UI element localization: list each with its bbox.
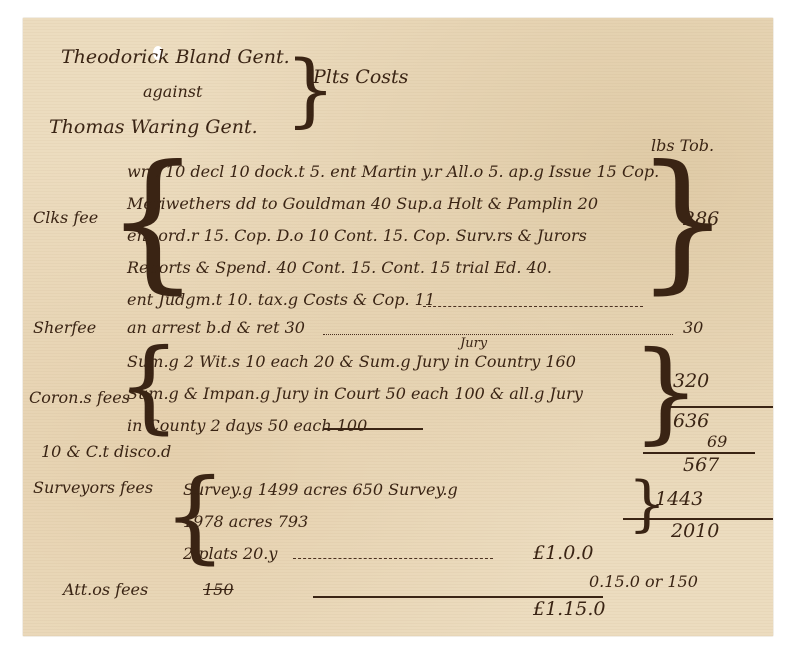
clerks-fee-line-4: Reports & Spend. 40 Cont. 15. Cont. 15 t… (127, 258, 552, 277)
coroner-fee-total: 320 (673, 370, 709, 392)
attorney-fees-label: Att.os fees (63, 580, 148, 599)
surveyor-fee-total: 1443 (655, 488, 703, 510)
money-total: £1.15.0 (533, 598, 606, 620)
subtotal-rule (663, 406, 773, 408)
dash-leader (423, 306, 643, 307)
interlinear-jury: Jury (460, 336, 487, 351)
attorney-fees-struck-value: 150 (203, 580, 234, 599)
coroner-fee-line-3: in County 2 days 50 each 100 (127, 416, 367, 435)
surveyor-fee-label: Surveyors fees (33, 478, 153, 497)
document-paper: Theodorick Bland Gent. against Thomas Wa… (23, 18, 773, 636)
subtotal-net: 567 (683, 454, 719, 476)
clerks-fee-line-2: Meriwethers dd to Gouldman 40 Sup.a Holt… (127, 194, 598, 213)
coroner-fee-line-1: Sum.g 2 Wit.s 10 each 20 & Sum.g Jury in… (127, 352, 576, 371)
clerks-fee-line-5: ent Judgm.t 10. tax.g Costs & Cop. 11 (127, 290, 435, 309)
grand-total-tobacco: 2010 (671, 520, 719, 542)
discount-note: 10 & C.t disco.d (41, 442, 171, 461)
money-amount-1: £1.0.0 (533, 542, 593, 564)
clerks-fee-label: Clks fee (33, 208, 98, 227)
clerks-fee-line-3: ent ord.r 15. Cop. D.o 10 Cont. 15. Cop.… (127, 226, 587, 245)
sheriff-fee-label: Sherfee (33, 318, 96, 337)
surveyor-fee-line-3: 2 plats 20.y (183, 544, 277, 563)
versus-word: against (143, 82, 202, 101)
money-amount-2: 0.15.0 or 150 (589, 572, 698, 591)
surveyor-fee-line-1: Survey.g 1499 acres 650 Survey.g (183, 480, 458, 499)
surveyor-fee-line-2: 1978 acres 793 (183, 512, 308, 531)
dot-leader (323, 334, 673, 335)
dash-leader-2 (293, 558, 493, 559)
caption-brace: } (285, 50, 336, 130)
subtotal-sum: 636 (673, 410, 709, 432)
coroner-fee-line-2: Sum.g & Impan.g Jury in Court 50 each 10… (127, 384, 583, 403)
ink-rule (323, 428, 423, 430)
coroner-fee-label: Coron.s fees (29, 388, 130, 407)
plaintiff-name: Theodorick Bland Gent. (61, 46, 290, 68)
subtotal-deduction: 69 (707, 432, 727, 451)
clerks-fee-line-1: writ 10 decl 10 dock.t 5. ent Martin y.r… (127, 162, 659, 181)
clerks-fee-total: 286 (683, 208, 719, 230)
costs-heading: Plts Costs (313, 66, 408, 88)
